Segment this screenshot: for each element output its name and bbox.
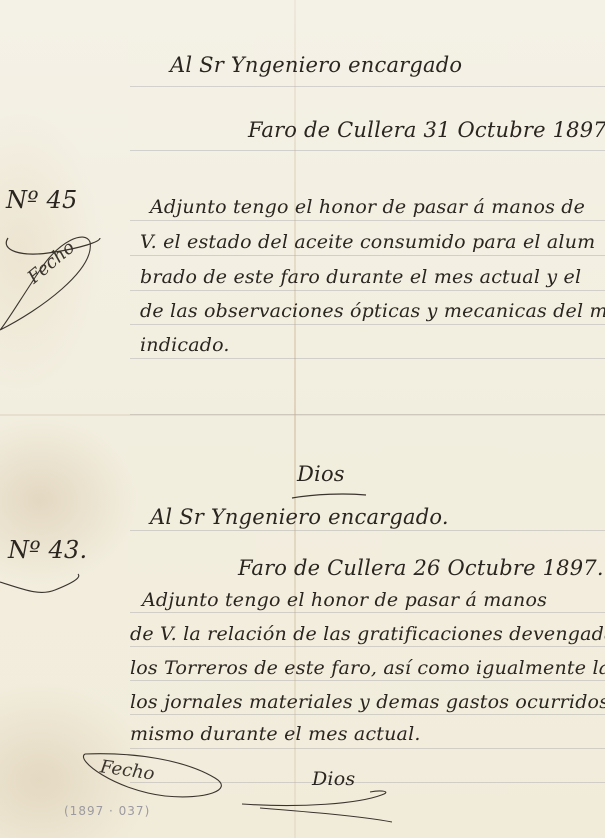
- ruled-line: [130, 530, 605, 531]
- body-line: de V. la relación de las gratificaciones…: [130, 623, 605, 645]
- ruled-line: [130, 680, 605, 681]
- addressee: Al Sr Yngeniero encargado: [170, 53, 462, 77]
- margin-swash-icon: [0, 570, 90, 600]
- addressee: Al Sr Yngeniero encargado.: [150, 505, 449, 529]
- body-line: indicado.: [140, 334, 230, 356]
- place-date: Faro de Cullera 31 Octubre 1897.: [248, 118, 605, 142]
- closing: Dios: [312, 768, 355, 790]
- ruled-line: [130, 714, 605, 715]
- paper-fold-horizontal: [0, 414, 605, 416]
- margin-number: Nº 45: [6, 186, 77, 214]
- archive-reference: (1897 · 037): [64, 804, 150, 818]
- body-line: brado de este faro durante el mes actual…: [140, 266, 581, 288]
- place-date: Faro de Cullera 26 Octubre 1897.: [238, 556, 604, 580]
- body-line: Adjunto tengo el honor de pasar á manos: [142, 589, 547, 611]
- ruled-line: [130, 150, 605, 151]
- ruled-line: [130, 358, 605, 359]
- margin-number: Nº 43.: [8, 536, 87, 564]
- body-line: V. el estado del aceite consumido para e…: [140, 231, 595, 253]
- closing: Dios: [297, 462, 345, 486]
- ruled-line: [130, 290, 605, 291]
- ruled-line: [130, 612, 605, 613]
- ruled-line: [130, 646, 605, 647]
- letter-page: Nº 45 Fecho Al Sr Yngeniero encargado Fa…: [0, 0, 605, 838]
- body-line: de las observaciones ópticas y mecanicas…: [140, 300, 605, 322]
- ruled-line: [130, 255, 605, 256]
- ruled-line: [130, 86, 605, 87]
- body-line: los Torreros de este faro, así como igua…: [130, 657, 605, 679]
- ruled-line: [130, 324, 605, 325]
- body-line: mismo durante el mes actual.: [130, 723, 421, 745]
- body-line: Adjunto tengo el honor de pasar á manos …: [150, 196, 585, 218]
- ruled-line: [130, 220, 605, 221]
- closing-underline-icon: [290, 492, 370, 502]
- closing-flourish-icon: [240, 788, 400, 818]
- ruled-line: [130, 748, 605, 749]
- body-line: los jornales materiales y demas gastos o…: [130, 691, 605, 713]
